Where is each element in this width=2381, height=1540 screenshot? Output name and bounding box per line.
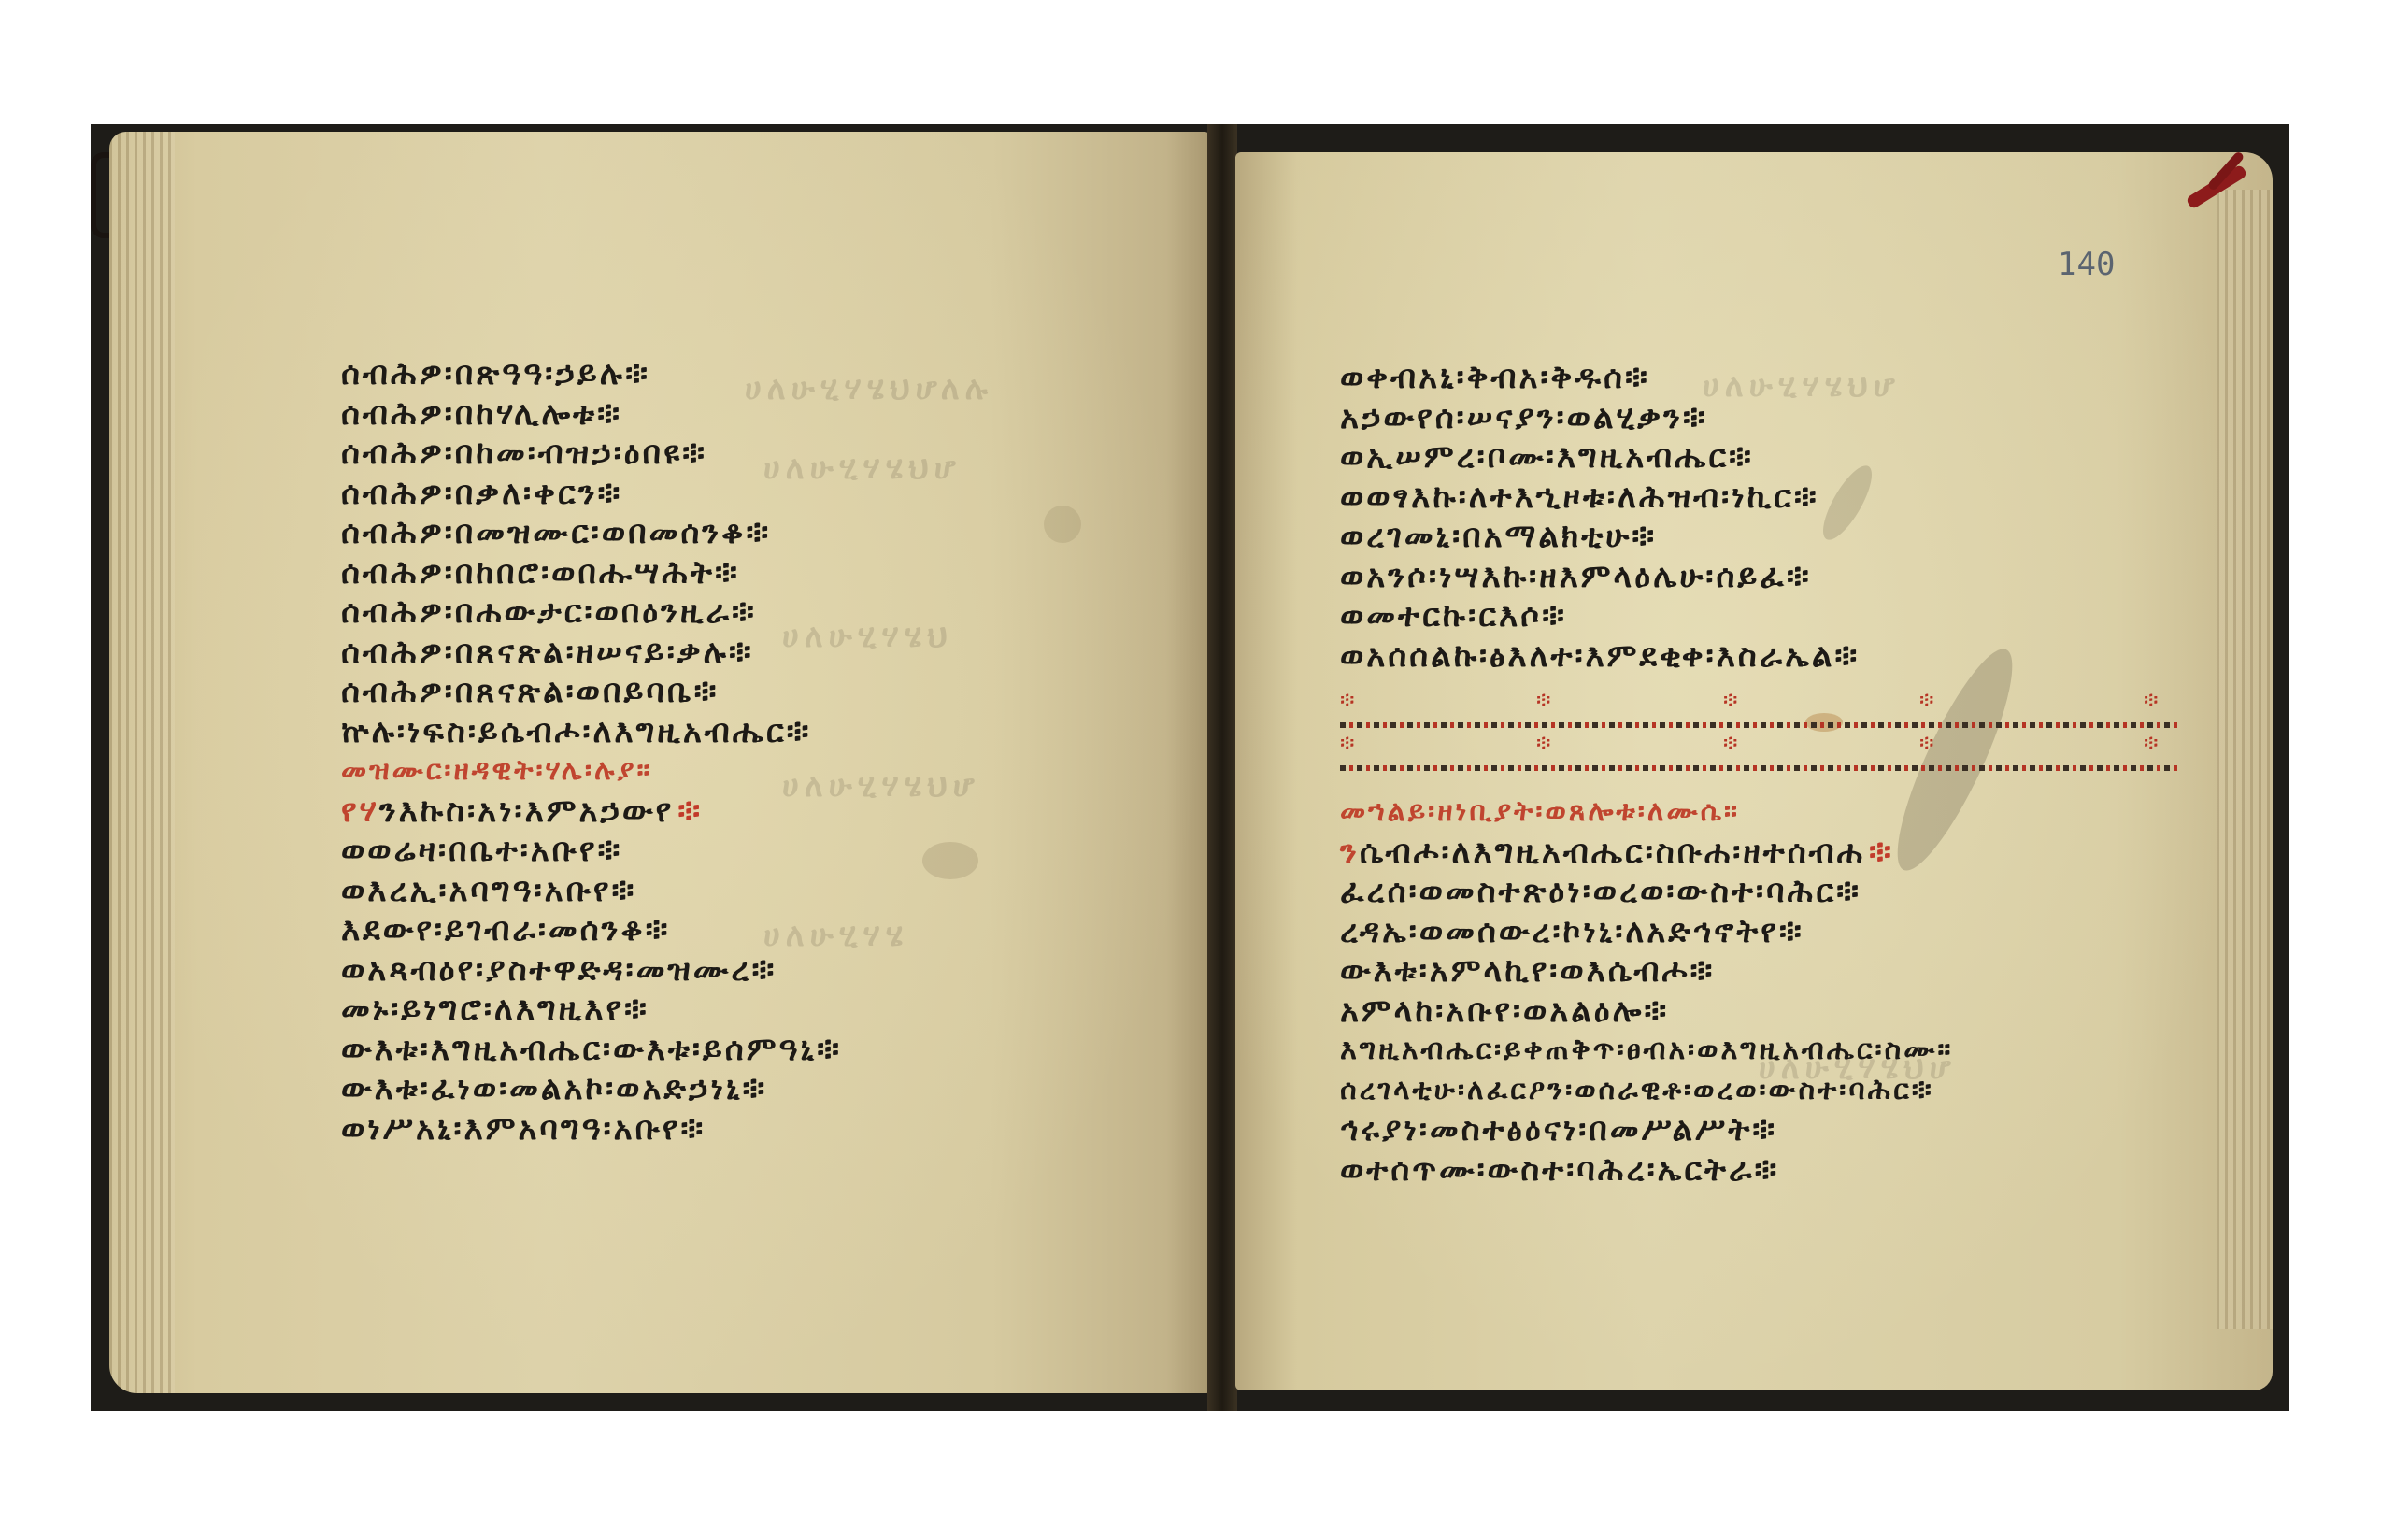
book-gutter bbox=[1207, 124, 1237, 1411]
ornamental-divider: ፨ ፨ ፨ ፨ ፨ ፨ ፨ ፨ ፨ ፨ bbox=[1340, 685, 2181, 771]
cross-ornament-icon: ፨ bbox=[1340, 689, 1354, 712]
psalm-line: ውእቱ፡ፈነወ፡መልአኮ፡ወአድኃነኒ፨ bbox=[341, 1069, 842, 1109]
psalm-line: እደውየ፡ይገብራ፡መሰንቆ፨ bbox=[341, 910, 842, 950]
psalm-line: ወወሬዛ፡በቤተ፡አቡየ፨ bbox=[341, 831, 842, 871]
psalm-line: ኵሉ፡ነፍስ፡ይሴብሖ፡ለእግዚአብሔር፨ bbox=[341, 712, 842, 752]
ode-line-incipit: ንሴብሖ፡ለእግዚአብሔር፡ስቡሐ፡ዘተሰብሐ፨ bbox=[1340, 833, 1953, 873]
ornament-row: ፨ ፨ ፨ ፨ ፨ bbox=[1340, 728, 2181, 765]
psalm-line: ሰብሕዎ፡በሐውታር፡ወበዕንዚራ፨ bbox=[341, 592, 842, 633]
ode-line-rest: ሴብሖ፡ለእግዚአብሔር፡ስቡሐ፡ዘተሰብሐ bbox=[1360, 834, 1865, 871]
cross-ornament-icon: ፨ bbox=[2144, 732, 2158, 755]
rubric-heading: መኀልይ፡ዘነቢያት፡ወጸሎቱ፡ለሙሴ። bbox=[1340, 792, 1953, 833]
psalm-line: ወረገመኒ፡በአማልክቲሁ፨ bbox=[1340, 517, 1860, 557]
ode-line: እግዚአብሔር፡ይቀጠቅጥ፡ፀብአ፡ወእግዚአብሔር፡ስሙ። bbox=[1340, 1031, 1953, 1071]
psalm-line: ወአሰሰልኩ፡ፅእለተ፡እምደቂቀ፡እስራኤል፨ bbox=[1340, 636, 1860, 677]
verse-divider-icon: ፨ bbox=[677, 792, 703, 830]
right-text-column: ወቀብአኒ፡ቅብአ፡ቅዱሰ፨ አኃውየሰ፡ሠናያን፡ወልሂቃን፨ ወኢሠምረ፡ቦ… bbox=[1340, 358, 1860, 676]
psalm-line: ወአንሶ፡ነሣእኩ፡ዘእምላዕሌሁ፡ሰይፈ፨ bbox=[1340, 557, 1860, 597]
ode-line: አምላከ፡አቡየ፡ወአልዕሎ፨ bbox=[1340, 991, 1953, 1032]
stain bbox=[1044, 506, 1081, 543]
psalm-line: ወወፃእኩ፡ለተእኂዞቱ፡ለሕዝብ፡ነኪር፨ bbox=[1340, 478, 1860, 518]
psalm-line: ወቀብአኒ፡ቅብአ፡ቅዱሰ፨ bbox=[1340, 358, 1860, 398]
cross-ornament-icon: ፨ bbox=[1340, 732, 1354, 755]
cross-ornament-icon: ፨ bbox=[1919, 732, 1933, 755]
psalm-line: ወነሥአኒ፡እምአባግዓ፡አቡየ፨ bbox=[341, 1109, 842, 1149]
psalm-line: ወመተርኩ፡ርእሶ፨ bbox=[1340, 596, 1860, 636]
ode-line: ውእቱ፡አምላኪየ፡ወእሴብሖ፨ bbox=[1340, 951, 1953, 991]
left-text-column: ሰብሕዎ፡በጽዓዓ፡ኃይሉ፨ ሰብሕዎ፡በከሃሊሎቱ፨ ሰብሕዎ፡በከመ፡ብዝኃ… bbox=[341, 354, 842, 1148]
ode-line: ኅሩያነ፡መስተፅዕናነ፡በመሥልሥት፨ bbox=[1340, 1110, 1953, 1150]
psalm-line: ውእቱ፡እግዚአብሔር፡ውእቱ፡ይሰምዓኒ፨ bbox=[341, 1030, 842, 1070]
red-incipit: የሃ bbox=[341, 792, 379, 830]
right-page: ሀለሁሂሃሄህሆ ሀለሁሂሃሄህሆ 140 ወቀብአኒ፡ቅብአ፡ቅዱሰ፨ አኃው… bbox=[1235, 152, 2273, 1390]
cross-ornament-icon: ፨ bbox=[1919, 689, 1933, 712]
ornament-row: ፨ ፨ ፨ ፨ ፨ bbox=[1340, 685, 2181, 722]
psalm-line: ሰብሕዎ፡በከበሮ፡ወበሑሣሕት፨ bbox=[341, 553, 842, 593]
manuscript-photo: ሀለሁሂሃሄህሆለሉ ሀለሁሂሃሄህሆ ሀለሁሂሃሄህ ሀለሁሂሃሄህሆ ሀለሁ… bbox=[91, 124, 2289, 1411]
folio-number: 140 bbox=[2058, 246, 2115, 283]
psalm-line: ወእረኢ፡አባግዓ፡አቡየ፨ bbox=[341, 871, 842, 911]
cross-ornament-icon: ፨ bbox=[1536, 732, 1550, 755]
psalm-line: ሰብሕዎ፡በመዝሙር፡ወበመሰንቆ፨ bbox=[341, 513, 842, 553]
psalm-line: ሰብሕዎ፡በጸናጽል፡ዘሠናይ፡ቃሉ፨ bbox=[341, 633, 842, 673]
dotted-rule bbox=[1340, 765, 2181, 771]
red-incipit: ን bbox=[1340, 834, 1360, 871]
cross-ornament-icon: ፨ bbox=[1536, 689, 1550, 712]
verse-divider-icon: ፨ bbox=[1869, 834, 1894, 871]
cross-ornament-icon: ፨ bbox=[1723, 732, 1737, 755]
ode-line: ወተሰጥሙ፡ውስተ፡ባሕረ፡ኤርትራ፨ bbox=[1340, 1150, 1953, 1191]
psalm-line: መኑ፡ይነግሮ፡ለእግዚእየ፨ bbox=[341, 990, 842, 1030]
stain bbox=[922, 842, 978, 879]
ode-line: ፈረሰ፡ወመስተጽዕነ፡ወረወ፡ውስተ፡ባሕር፨ bbox=[1340, 872, 1953, 912]
ode-line: ሰረገላቲሁ፡ለፈርዖን፡ወሰራዊቶ፡ወረወ፡ውስተ፡ባሕር፨ bbox=[1340, 1071, 1953, 1111]
right-ode-column: መኀልይ፡ዘነቢያት፡ወጸሎቱ፡ለሙሴ። ንሴብሖ፡ለእግዚአብሔር፡ስቡሐ፡ዘ… bbox=[1340, 792, 1953, 1190]
psalm-line: ወኢሠምረ፡ቦሙ፡እግዚአብሔር፨ bbox=[1340, 437, 1860, 478]
left-page: ሀለሁሂሃሄህሆለሉ ሀለሁሂሃሄህሆ ሀለሁሂሃሄህ ሀለሁሂሃሄህሆ ሀለሁ… bbox=[109, 132, 1210, 1393]
psalm-line-incipit: የሃንእኩስ፡አነ፡እምአኃውየ፨ bbox=[341, 791, 842, 832]
psalm-line: ሰብሕዎ፡በከመ፡ብዝኃ፡ዕበዩ፨ bbox=[341, 434, 842, 474]
ode-line: ረዳኤ፡ወመሰውረ፡ኮነኒ፡ለአድኅኖትየ፨ bbox=[1340, 912, 1953, 952]
psalm-line: ሰብሕዎ፡በጽዓዓ፡ኃይሉ፨ bbox=[341, 354, 842, 394]
psalm-line: ሰብሕዎ፡በከሃሊሎቱ፨ bbox=[341, 394, 842, 435]
cross-ornament-icon: ፨ bbox=[2144, 689, 2158, 712]
psalm-line: ሰብሕዎ፡በቃለ፡ቀርን፨ bbox=[341, 474, 842, 514]
psalm-line: ሰብሕዎ፡በጸናጽል፡ወበይባቤ፨ bbox=[341, 672, 842, 712]
psalm-line-rest: ንእኩስ፡አነ፡እምአኃውየ bbox=[379, 792, 674, 830]
rubric-heading: መዝሙር፡ዘዳዊት፡ሃሌ፡ሉያ። bbox=[341, 751, 842, 791]
psalm-line: አኃውየሰ፡ሠናያን፡ወልሂቃን፨ bbox=[1340, 398, 1860, 438]
psalm-line: ወአጻብዕየ፡ያስተዋድዳ፡መዝሙረ፨ bbox=[341, 950, 842, 991]
cross-ornament-icon: ፨ bbox=[1723, 689, 1737, 712]
